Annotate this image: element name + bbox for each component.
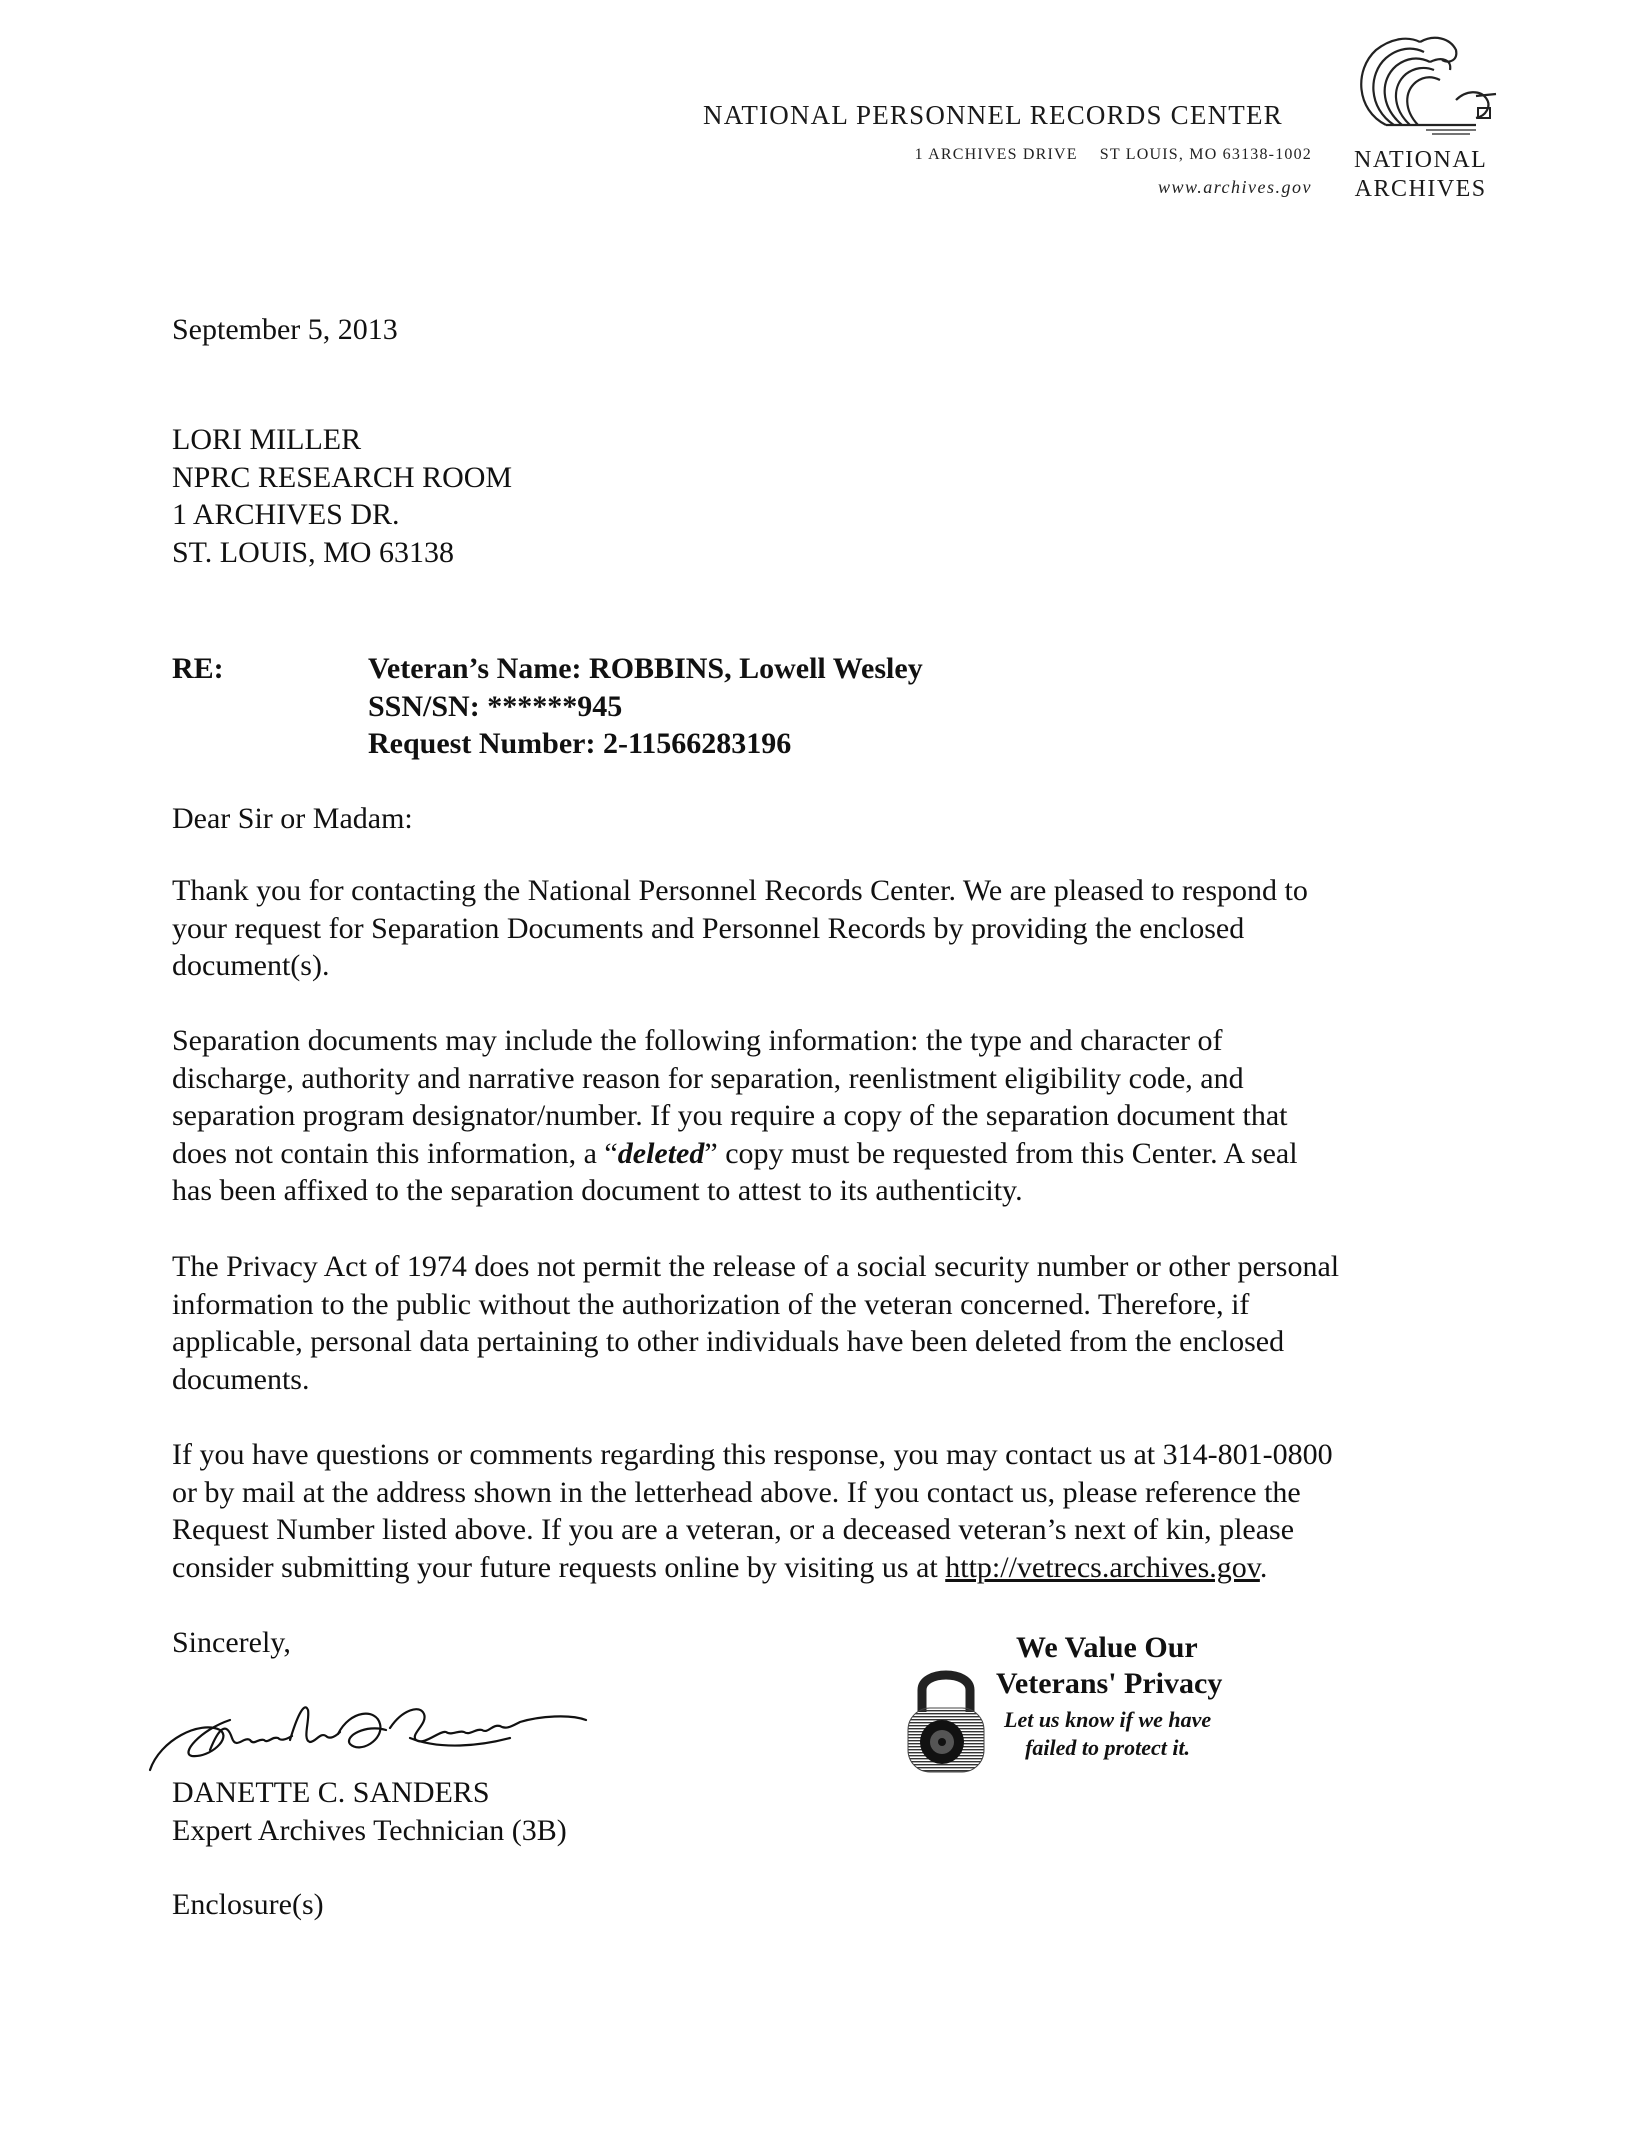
paragraph-line: Request Number listed above. If you are …	[172, 1511, 1472, 1549]
paragraph-line: Separation documents may include the fol…	[172, 1022, 1472, 1060]
paragraph-line: or by mail at the address shown in the l…	[172, 1474, 1472, 1512]
paragraph-4: If you have questions or comments regard…	[172, 1436, 1472, 1586]
privacy-subtext-line-2: failed to protect it.	[1004, 1734, 1211, 1762]
veteran-name: Veteran’s Name: ROBBINS, Lowell Wesley	[368, 650, 923, 688]
logo-line-1: NATIONAL	[1354, 146, 1487, 175]
paragraph-line: discharge, authority and narrative reaso…	[172, 1060, 1472, 1098]
letterhead-website: www.archives.gov	[1158, 177, 1312, 198]
privacy-subtext-line-1: Let us know if we have	[1004, 1706, 1211, 1734]
recipient-line-3: ST. LOUIS, MO 63138	[172, 534, 512, 572]
privacy-heading-line-2: Veterans' Privacy	[996, 1667, 1222, 1700]
text-segment: ” copy must be requested from this Cente…	[704, 1137, 1297, 1170]
letterhead-street: 1 ARCHIVES DRIVE	[915, 146, 1078, 163]
signer-name: DANETTE C. SANDERS	[172, 1774, 567, 1812]
ssn: SSN/SN: ******945	[368, 688, 923, 726]
recipient-address: LORI MILLER NPRC RESEARCH ROOM 1 ARCHIVE…	[172, 421, 512, 571]
re-details: Veteran’s Name: ROBBINS, Lowell Wesley S…	[368, 650, 923, 763]
paragraph-line: documents.	[172, 1361, 1472, 1399]
privacy-subtext: Let us know if we have failed to protect…	[1004, 1706, 1211, 1762]
enclosure-note: Enclosure(s)	[172, 1886, 324, 1924]
paragraph-line: information to the public without the au…	[172, 1286, 1472, 1324]
vetrecs-link[interactable]: http://vetrecs.archives.gov	[945, 1551, 1260, 1584]
eagle-icon	[1346, 30, 1516, 150]
re-label: RE:	[172, 650, 224, 688]
privacy-badge: We Value Our Veterans' Privacy Let us kn…	[900, 1630, 1260, 1780]
paragraph-line: Thank you for contacting the National Pe…	[172, 872, 1472, 910]
request-number: Request Number: 2-11566283196	[368, 725, 923, 763]
deleted-emphasis: deleted	[618, 1137, 705, 1170]
paragraph-line: has been affixed to the separation docum…	[172, 1172, 1472, 1210]
privacy-heading: We Value Our Veterans' Privacy	[996, 1630, 1222, 1702]
paragraph-line: your request for Separation Documents an…	[172, 910, 1472, 948]
paragraph-line: If you have questions or comments regard…	[172, 1436, 1472, 1474]
paragraph-line: separation program designator/number. If…	[172, 1097, 1472, 1135]
letterhead-organization: NATIONAL PERSONNEL RECORDS CENTER	[703, 100, 1283, 131]
signer-block: DANETTE C. SANDERS Expert Archives Techn…	[172, 1774, 567, 1849]
paragraph-line: The Privacy Act of 1974 does not permit …	[172, 1248, 1472, 1286]
closing: Sincerely,	[172, 1624, 291, 1662]
signer-title: Expert Archives Technician (3B)	[172, 1812, 567, 1850]
letterhead-city: ST LOUIS, MO 63138-1002	[1100, 146, 1312, 163]
recipient-name: LORI MILLER	[172, 421, 512, 459]
recipient-line-1: NPRC RESEARCH ROOM	[172, 459, 512, 497]
paragraph-line: does not contain this information, a “de…	[172, 1135, 1472, 1173]
text-segment: does not contain this information, a “	[172, 1137, 618, 1170]
national-archives-wordmark: NATIONAL ARCHIVES	[1354, 146, 1487, 204]
paragraph-1: Thank you for contacting the National Pe…	[172, 872, 1472, 985]
paragraph-line: consider submitting your future requests…	[172, 1549, 1472, 1587]
letterhead-address: 1 ARCHIVES DRIVEST LOUIS, MO 63138-1002	[915, 146, 1312, 164]
logo-line-2: ARCHIVES	[1354, 175, 1487, 204]
text-segment: consider submitting your future requests…	[172, 1551, 945, 1584]
paragraph-3: The Privacy Act of 1974 does not permit …	[172, 1248, 1472, 1398]
salutation: Dear Sir or Madam:	[172, 800, 413, 838]
recipient-line-2: 1 ARCHIVES DR.	[172, 496, 512, 534]
paragraph-2: Separation documents may include the fol…	[172, 1022, 1472, 1210]
text-segment: .	[1260, 1551, 1268, 1584]
privacy-heading-line-1: We Value Our	[996, 1630, 1222, 1666]
letter-date: September 5, 2013	[172, 311, 398, 349]
paragraph-line: document(s).	[172, 947, 1472, 985]
paragraph-line: applicable, personal data pertaining to …	[172, 1323, 1472, 1361]
padlock-icon	[902, 1656, 990, 1776]
